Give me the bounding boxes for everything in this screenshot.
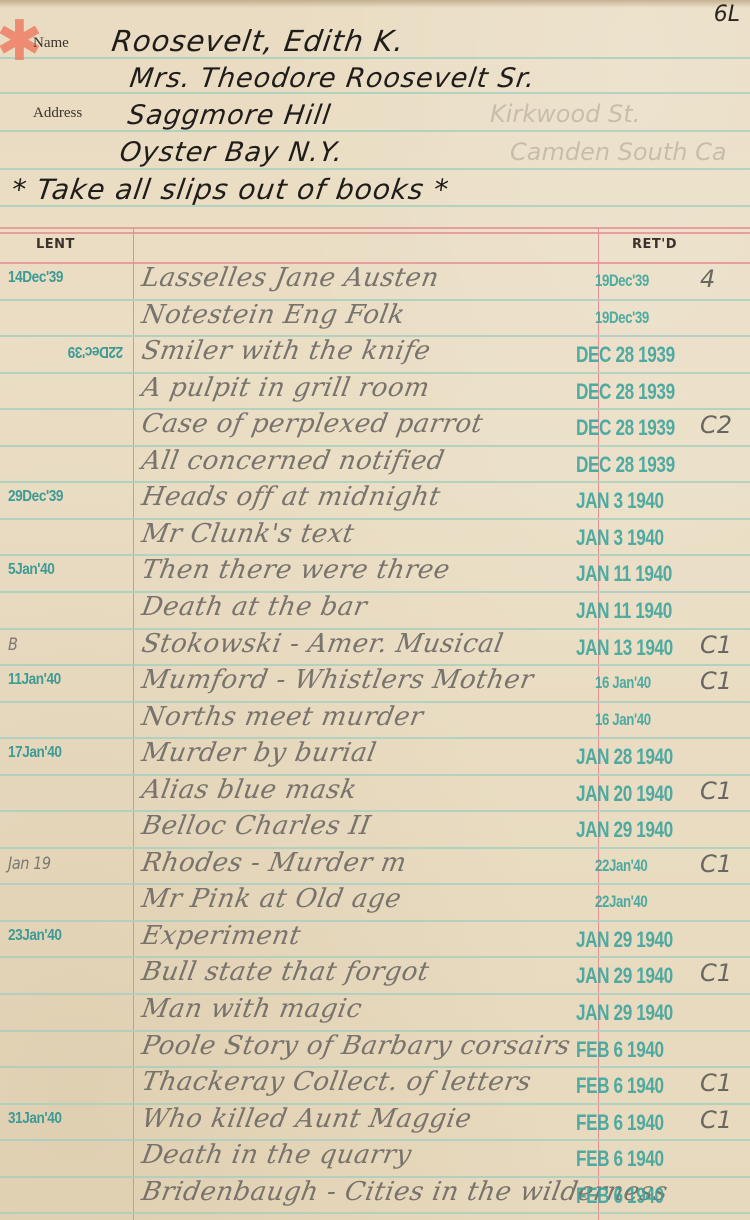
ledger-row: Norths meet murder16 Jan'40	[0, 702, 750, 738]
pencil-mark: C1	[700, 959, 732, 987]
book-title: Stokowski - Amer. Musical	[139, 629, 505, 659]
returned-date-stamp: JAN 29 1940	[576, 963, 673, 989]
lent-date-stamp: B	[8, 635, 108, 655]
lent-date-stamp: 22Dec'39	[23, 342, 123, 360]
rule-line	[0, 168, 750, 170]
book-title: Then there were three	[139, 555, 452, 585]
book-title: Alias blue mask	[139, 775, 359, 805]
book-title: Mumford - Whistlers Mother	[139, 665, 536, 695]
ledger-row: 14Dec'39Lasselles Jane Austen19Dec'394	[0, 263, 750, 299]
book-title: Notestein Eng Folk	[139, 300, 407, 330]
returned-date-stamp: FEB 6 1940	[576, 1037, 664, 1063]
card-number: 6L	[714, 2, 740, 27]
returned-date-stamp: JAN 29 1940	[576, 817, 673, 843]
ledger-row: 17Jan'40Murder by burialJAN 28 1940	[0, 738, 750, 774]
returned-date-stamp: DEC 28 1939	[576, 342, 675, 368]
pencil-mark: C1	[700, 1069, 732, 1097]
ledger-row: Death at the barJAN 11 1940	[0, 592, 750, 628]
returned-date-stamp: DEC 28 1939	[576, 452, 675, 478]
ledger-row: Man with magicJAN 29 1940	[0, 994, 750, 1030]
ledger-row: Bridenbaugh - Cities in the wildernessFE…	[0, 1177, 750, 1213]
returned-date-stamp: DEC 28 1939	[576, 415, 675, 441]
book-title: Thackeray Collect. of letters	[139, 1067, 533, 1097]
ledger-row: 31Jan'40Who killed Aunt MaggieFEB 6 1940…	[0, 1104, 750, 1140]
ledger-row: Mr Pink at Old age22Jan'40	[0, 884, 750, 920]
header-rule-red	[0, 232, 750, 234]
returned-date-stamp: 19Dec'39	[595, 271, 649, 291]
pencil-mark: C1	[700, 777, 732, 805]
name-label: Name	[33, 35, 69, 52]
header-rule-red	[0, 227, 750, 229]
book-title: Death in the quarry	[139, 1140, 414, 1170]
returned-date-stamp: JAN 11 1940	[576, 598, 672, 624]
returned-date-stamp: 19Dec'39	[595, 308, 649, 328]
ledger-row: Jan 19Rhodes - Murder m22Jan'40C1	[0, 848, 750, 884]
returned-date-stamp: JAN 28 1940	[576, 744, 673, 770]
book-title: Norths meet murder	[139, 702, 425, 732]
lent-date-stamp: 5Jan'40	[8, 561, 108, 579]
pencil-mark: C1	[700, 631, 732, 659]
book-title: Who killed Aunt Maggie	[139, 1104, 474, 1134]
ledger-row: Thackeray Collect. of lettersFEB 6 1940C…	[0, 1067, 750, 1103]
pencil-mark: C2	[700, 411, 732, 439]
lent-date-stamp: 23Jan'40	[8, 927, 108, 945]
ledger-row: Case of perplexed parrotDEC 28 1939C2	[0, 409, 750, 445]
lent-date-stamp: 17Jan'40	[8, 744, 108, 762]
book-title: Poole Story of Barbary corsairs	[139, 1031, 572, 1061]
lent-date-stamp: 29Dec'39	[8, 488, 108, 506]
book-title: Man with magic	[139, 994, 364, 1024]
book-title: Heads off at midnight	[139, 482, 442, 512]
address-label: Address	[33, 105, 82, 122]
ledger-row: 5Jan'40Then there were threeJAN 11 1940	[0, 555, 750, 591]
lent-column-header: LENT	[36, 237, 75, 252]
worn-top-edge	[0, 0, 750, 8]
lent-date-stamp: 11Jan'40	[8, 671, 108, 689]
ledger-row: Belloc Charles IIJAN 29 1940	[0, 811, 750, 847]
book-title: Case of perplexed parrot	[139, 409, 485, 439]
ledger-row: 11Jan'40Mumford - Whistlers Mother16 Jan…	[0, 665, 750, 701]
book-title: A pulpit in grill room	[139, 373, 432, 403]
rule-line	[0, 130, 750, 132]
book-title: All concerned notified	[139, 446, 446, 476]
returned-date-stamp: FEB 6 1940	[576, 1110, 664, 1136]
lent-date-stamp: Jan 19	[8, 854, 108, 874]
ledger-row: Bull state that forgotJAN 29 1940C1	[0, 957, 750, 993]
returned-date-stamp: FEB 6 1940	[576, 1073, 664, 1099]
ledger-row: 23Jan'40ExperimentJAN 29 1940	[0, 921, 750, 957]
returned-date-stamp: FEB 6 1940	[576, 1183, 664, 1209]
borrower-name: Roosevelt, Edith K.	[110, 24, 407, 58]
ledger-row: BStokowski - Amer. MusicalJAN 13 1940C1	[0, 629, 750, 665]
book-title: Mr Clunk's text	[139, 519, 356, 549]
returned-date-stamp: 16 Jan'40	[595, 673, 651, 693]
ledger-row: 22Dec'39Smiler with the knifeDEC 28 1939	[0, 336, 750, 372]
book-title: Experiment	[139, 921, 303, 951]
returned-column-header: RET'D	[632, 237, 677, 252]
book-title: Death at the bar	[139, 592, 369, 622]
returned-date-stamp: JAN 29 1940	[576, 1000, 673, 1026]
ledger-row: Notestein Eng Folk19Dec'39	[0, 300, 750, 336]
address-line1: Saggmore Hill	[126, 100, 333, 131]
lent-date-stamp: 31Jan'40	[8, 1110, 108, 1128]
pencil-mark: 4	[700, 265, 715, 293]
returned-date-stamp: JAN 3 1940	[576, 488, 664, 514]
book-title: Belloc Charles II	[139, 811, 373, 841]
book-title: Lasselles Jane Austen	[139, 263, 441, 293]
erased-address-line2: Camden South Ca	[510, 138, 727, 166]
card-note: * Take all slips out of books *	[10, 173, 452, 206]
returned-date-stamp: 22Jan'40	[595, 856, 647, 876]
ledger-row: Alias blue maskJAN 20 1940C1	[0, 775, 750, 811]
returned-date-stamp: JAN 20 1940	[576, 781, 673, 807]
returned-date-stamp: 16 Jan'40	[595, 710, 651, 730]
returned-date-stamp: FEB 6 1940	[576, 1146, 664, 1172]
book-title: Smiler with the knife	[139, 336, 433, 366]
returned-date-stamp: JAN 11 1940	[576, 561, 672, 587]
erased-address-line1: Kirkwood St.	[490, 100, 640, 128]
ledger-row: Mr Clunk's textJAN 3 1940	[0, 519, 750, 555]
returned-date-stamp: JAN 13 1940	[576, 635, 673, 661]
book-title: Bull state that forgot	[139, 957, 431, 987]
pencil-mark: C1	[700, 1106, 732, 1134]
lent-date-stamp: 14Dec'39	[8, 269, 108, 287]
borrower-name-line2: Mrs. Theodore Roosevelt Sr.	[128, 63, 538, 94]
book-title: Mr Pink at Old age	[139, 884, 403, 914]
ledger-row: Poole Story of Barbary corsairsFEB 6 194…	[0, 1031, 750, 1067]
book-title: Rhodes - Murder m	[139, 848, 409, 878]
library-borrower-card: ✱ 6L Name Address Roosevelt, Edith K. Mr…	[0, 0, 750, 1220]
ledger-row: Death in the quarryFEB 6 1940	[0, 1140, 750, 1176]
ledger-row: All concerned notifiedDEC 28 1939	[0, 446, 750, 482]
returned-date-stamp: JAN 29 1940	[576, 927, 673, 953]
returned-date-stamp: JAN 3 1940	[576, 525, 664, 551]
pencil-mark: C1	[700, 667, 732, 695]
book-title: Murder by burial	[139, 738, 378, 768]
ledger-row: 29Dec'39Heads off at midnightJAN 3 1940	[0, 482, 750, 518]
returned-date-stamp: 22Jan'40	[595, 892, 647, 912]
ledger-row: A pulpit in grill roomDEC 28 1939	[0, 373, 750, 409]
returned-date-stamp: DEC 28 1939	[576, 379, 675, 405]
address-line2: Oyster Bay N.Y.	[118, 137, 346, 168]
pencil-mark: C1	[700, 850, 732, 878]
